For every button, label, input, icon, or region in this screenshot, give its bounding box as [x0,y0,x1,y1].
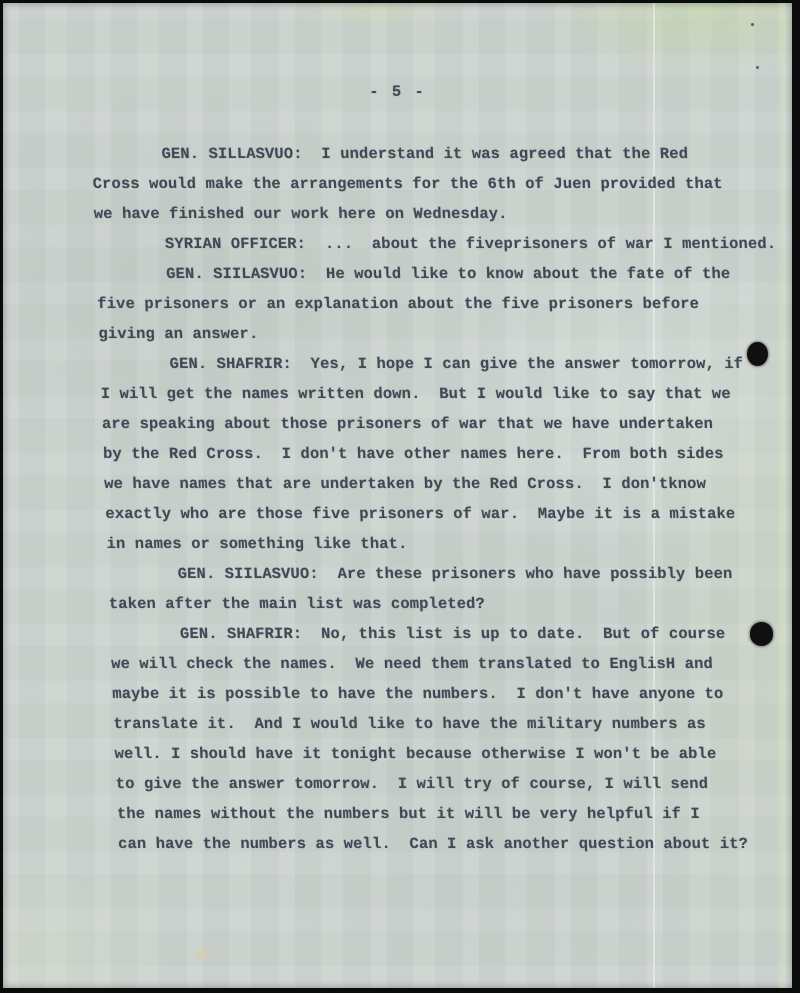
page-number: - 5 - [3,83,792,101]
text-line: well. I should have it tonight because o… [114,739,800,769]
text-line: are speaking about those prisoners of wa… [101,409,800,439]
text-line: GEN. SHAFRIR: Yes, I hope I can give the… [99,349,800,379]
text-line: by the Red Cross. I don't have other nam… [103,439,800,469]
hole-punch-mark [750,622,773,646]
transcript-text: GEN. SILLASVUO: I understand it was agre… [91,139,800,859]
text-line: we will check the names. We need them tr… [111,649,800,679]
text-line: in names or something like that. [106,529,800,559]
scanned-paper-page: - 5 - GEN. SILLASVUO: I understand it wa… [3,3,792,988]
text-line: GEN. SHAFRIR: No, this list is up to dat… [109,619,800,649]
text-line: to give the answer tomorrow. I will try … [115,769,800,799]
text-line: GEN. SILLASVUO: I understand it was agre… [91,139,792,169]
text-line: GEN. SIILASVUO: Are these prisoners who … [107,559,800,589]
text-line: SYRIAN OFFICER: ... about the fiveprison… [94,229,795,259]
text-line: exactly who are those five prisoners of … [105,499,800,529]
text-line: five prisoners or an explanation about t… [97,289,798,319]
text-line: translate it. And I would like to have t… [113,709,800,739]
scan-speck [756,66,759,69]
text-line: giving an answer. [98,319,799,349]
text-line: the names without the numbers but it wil… [116,799,800,829]
text-line: we have names that are undertaken by the… [104,469,800,499]
text-line: I will get the names written down. But I… [100,379,800,409]
text-line: can have the numbers as well. Can I ask … [118,829,800,859]
scan-speck [196,948,210,960]
text-line: Cross would make the arrangements for th… [92,169,793,199]
text-line: maybe it is possible to have the numbers… [112,679,800,709]
hole-punch-mark [747,342,768,366]
scan-speck [751,23,754,26]
text-line: taken after the main list was completed? [108,589,800,619]
text-line: we have finished our work here on Wednes… [93,199,794,229]
text-line: GEN. SIILASVUO: He would like to know ab… [96,259,797,289]
